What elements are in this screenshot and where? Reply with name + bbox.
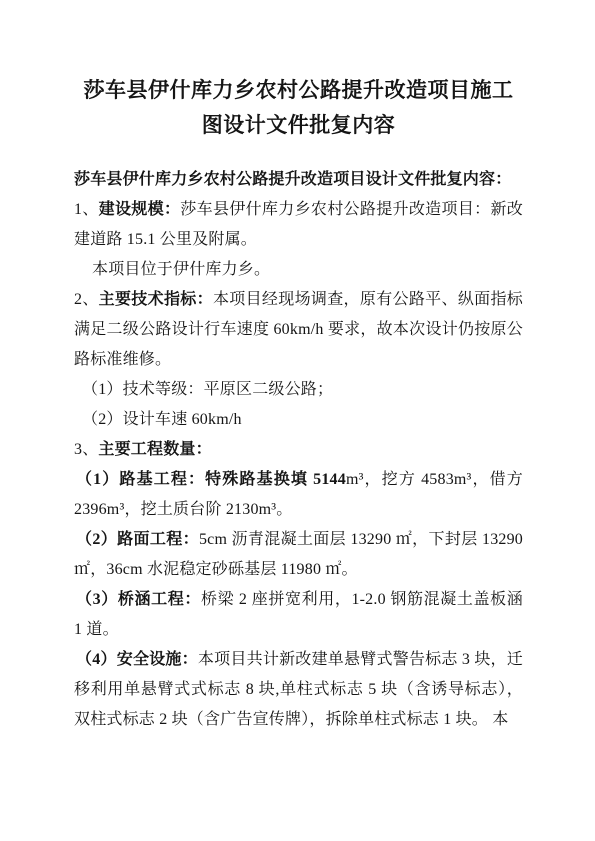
text-segment: 莎车县伊什库力乡农村公路提升改造项目设计文件批复内容：: [74, 171, 511, 188]
item-1-subgrade: （1）路基工程：特殊路基换填 5144m³，挖方 4583m³，借方 2396m…: [74, 465, 523, 525]
item-label: （4）安全设施：: [76, 651, 198, 668]
item-label: （1）路基工程：特殊路基换填 5144: [76, 471, 346, 488]
item-label: （3）桥涵工程：: [76, 591, 201, 608]
project-location: 本项目位于伊什库力乡。: [74, 255, 523, 285]
design-speed: （2）设计车速 60km/h: [74, 405, 523, 435]
section-1-construction-scale: 1、建设规模：莎车县伊什库力乡农村公路提升改造项目：新改建道路 15.1 公里及…: [74, 195, 523, 255]
item-4-safety-facilities: （4）安全设施：本项目共计新改建单悬臂式警告标志 3 块，迁移利用单悬臂式式标志…: [74, 645, 523, 735]
document-page: 莎车县伊什库力乡农村公路提升改造项目施工图设计文件批复内容 莎车县伊什库力乡农村…: [0, 0, 595, 841]
list-number: 1、: [74, 201, 99, 218]
document-title: 莎车县伊什库力乡农村公路提升改造项目施工图设计文件批复内容: [74, 73, 523, 143]
text-segment: （1）技术等级：平原区二级公路；: [82, 381, 333, 398]
text-segment: （2）设计车速 60km/h: [82, 411, 242, 428]
section-label: 建设规模：: [99, 201, 181, 218]
section-3-engineering-quantities: 3、主要工程数量：: [74, 435, 523, 465]
text-segment: 本项目位于伊什库力乡。: [92, 261, 270, 278]
list-number: 2、: [74, 291, 99, 308]
section-label: 主要技术指标：: [99, 291, 213, 308]
section-2-technical-indicators: 2、主要技术指标：本项目经现场调查，原有公路平、纵面指标满足二级公路设计行车速度…: [74, 285, 523, 375]
section-label: 主要工程数量：: [98, 441, 211, 458]
item-3-bridges-culverts: （3）桥涵工程：桥梁 2 座拼宽利用，1-2.0 钢筋混凝土盖板涵 1 道。: [74, 585, 523, 645]
approval-heading: 莎车县伊什库力乡农村公路提升改造项目设计文件批复内容：: [74, 165, 523, 195]
item-2-pavement: （2）路面工程：5cm 沥青混凝土面层 13290 ㎡，下封层 13290 ㎡，…: [74, 525, 523, 585]
item-label: （2）路面工程：: [76, 531, 199, 548]
tech-grade: （1）技术等级：平原区二级公路；: [74, 375, 523, 405]
list-number: 3、: [74, 441, 98, 458]
